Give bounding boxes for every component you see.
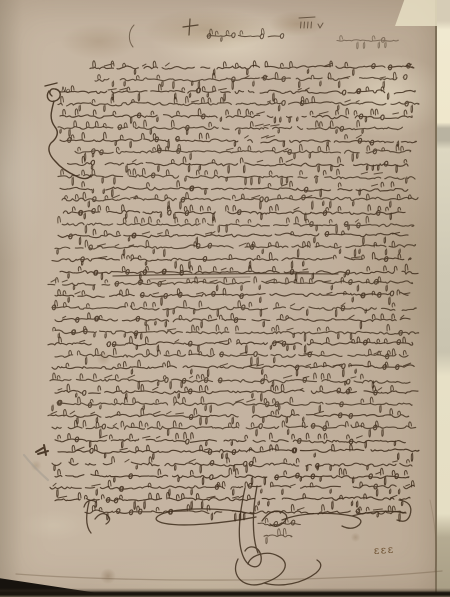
text-line	[58, 232, 408, 239]
margin-cross-mark	[36, 445, 48, 455]
underline-main	[113, 274, 338, 276]
text-line	[63, 209, 405, 216]
folio-number: ɛɛɛ	[373, 544, 395, 557]
annotation-word-ticks	[210, 28, 264, 41]
bottom-crease	[16, 571, 442, 580]
annotation-word-ticks	[340, 36, 386, 49]
text-line	[55, 243, 416, 250]
tally-marks	[299, 17, 323, 28]
text-line	[62, 222, 414, 228]
text-line-ticks	[57, 240, 401, 257]
text-line	[55, 329, 419, 336]
text-line	[52, 305, 416, 311]
text-line	[75, 148, 411, 155]
margin-mark-label: No	[61, 85, 71, 95]
text-line-ticks	[93, 61, 412, 76]
manuscript-strokes: No ɛɛɛ	[0, 0, 450, 597]
text-line	[68, 160, 408, 166]
right-crease	[430, 500, 436, 571]
cross-icon	[183, 19, 198, 35]
flourish-loop	[47, 89, 60, 102]
text-line	[50, 378, 410, 384]
pencil-mark	[24, 455, 48, 480]
text-line	[58, 448, 419, 454]
text-line	[52, 461, 412, 469]
text-line	[55, 352, 408, 359]
text-line	[90, 63, 414, 69]
text-line-ticks	[81, 252, 400, 268]
text-line	[58, 101, 419, 106]
rubric-right-run	[282, 511, 406, 528]
body-text-lines	[48, 61, 419, 521]
text-line	[62, 195, 418, 202]
text-line	[52, 364, 414, 370]
signature-rubric	[95, 486, 411, 585]
text-line	[60, 137, 416, 146]
paren-stroke	[129, 25, 134, 47]
underline-echo	[150, 277, 250, 279]
text-line	[55, 316, 410, 322]
text-line-ticks	[53, 480, 414, 497]
rubric-vertical-stroke	[253, 486, 258, 553]
text-line	[48, 279, 413, 286]
rubric-left-curl	[95, 514, 110, 524]
manuscript-photo: No ɛɛɛ	[0, 0, 450, 597]
flourish-tick	[45, 83, 57, 86]
text-line	[48, 413, 409, 420]
text-line-ticks	[68, 264, 408, 281]
text-line	[55, 388, 418, 395]
text-line-ticks	[79, 229, 399, 245]
annotation-word	[337, 38, 398, 43]
text-line-ticks	[53, 373, 374, 389]
text-line	[57, 400, 412, 407]
text-line	[48, 340, 413, 347]
text-line	[55, 291, 408, 298]
text-line	[55, 437, 413, 444]
text-line	[95, 75, 407, 82]
